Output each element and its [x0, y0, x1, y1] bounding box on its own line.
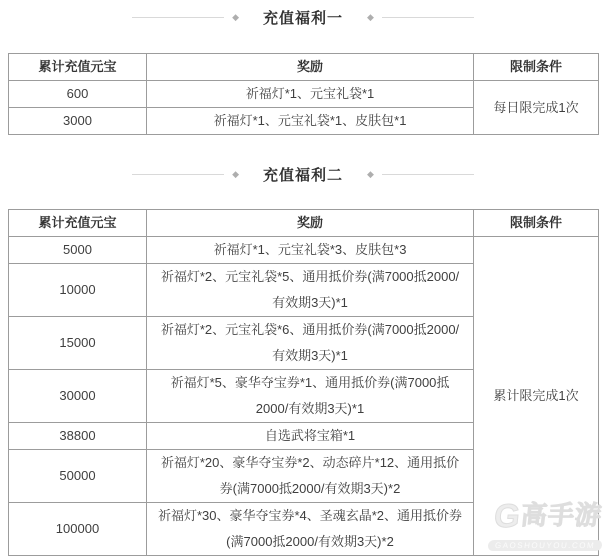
amount-cell: 10000 [9, 264, 147, 317]
amount-cell: 100000 [9, 503, 147, 556]
title-divider-line [132, 17, 224, 18]
column-header-amount: 累计充值元宝 [9, 54, 147, 81]
amount-cell: 50000 [9, 450, 147, 503]
section-title-text: 充值福利二 [263, 164, 343, 185]
diamond-icon: ◆ [232, 13, 239, 22]
amount-cell: 30000 [9, 370, 147, 423]
amount-cell: 3000 [9, 108, 147, 135]
column-header-reward: 奖励 [147, 54, 474, 81]
reward-cell: 祈福灯*30、豪华夺宝券*4、圣魂玄晶*2、通用抵价券(满7000抵2000/有… [147, 503, 474, 556]
reward-cell: 祈福灯*5、豪华夺宝券*1、通用抵价券(满7000抵2000/有效期3天)*1 [147, 370, 474, 423]
column-header-limit: 限制条件 [474, 54, 599, 81]
amount-cell: 38800 [9, 423, 147, 450]
amount-cell: 600 [9, 81, 147, 108]
diamond-icon: ◆ [367, 13, 374, 22]
section-title-text: 充值福利一 [263, 7, 343, 28]
benefits-table-2: 累计充值元宝 奖励 限制条件 5000 祈福灯*1、元宝礼袋*3、皮肤包*3 累… [8, 209, 599, 556]
title-divider-line [382, 17, 474, 18]
table-row: 5000 祈福灯*1、元宝礼袋*3、皮肤包*3 累计限完成1次 [9, 237, 599, 264]
reward-cell: 祈福灯*1、元宝礼袋*1、皮肤包*1 [147, 108, 474, 135]
diamond-icon: ◆ [232, 170, 239, 179]
title-divider-line [382, 174, 474, 175]
amount-cell: 15000 [9, 317, 147, 370]
table-header-row: 累计充值元宝 奖励 限制条件 [9, 54, 599, 81]
limit-cell: 累计限完成1次 [474, 237, 599, 556]
page: ◆ 充值福利一 ◆ 累计充值元宝 奖励 限制条件 600 祈福灯*1、元宝礼袋*… [0, 7, 606, 556]
reward-cell: 祈福灯*20、豪华夺宝券*2、动态碎片*12、通用抵价券(满7000抵2000/… [147, 450, 474, 503]
reward-cell: 祈福灯*2、元宝礼袋*6、通用抵价券(满7000抵2000/有效期3天)*1 [147, 317, 474, 370]
section-title-1: ◆ 充值福利一 ◆ [8, 7, 598, 27]
reward-cell: 祈福灯*1、元宝礼袋*1 [147, 81, 474, 108]
table-header-row: 累计充值元宝 奖励 限制条件 [9, 210, 599, 237]
column-header-reward: 奖励 [147, 210, 474, 237]
section-benefit-1: ◆ 充值福利一 ◆ 累计充值元宝 奖励 限制条件 600 祈福灯*1、元宝礼袋*… [8, 7, 598, 135]
amount-cell: 5000 [9, 237, 147, 264]
section-title-2: ◆ 充值福利二 ◆ [8, 164, 598, 184]
diamond-icon: ◆ [367, 170, 374, 179]
title-divider-line [132, 174, 224, 175]
limit-cell: 每日限完成1次 [474, 81, 599, 135]
benefits-table-1: 累计充值元宝 奖励 限制条件 600 祈福灯*1、元宝礼袋*1 每日限完成1次 … [8, 53, 599, 135]
column-header-limit: 限制条件 [474, 210, 599, 237]
section-benefit-2: ◆ 充值福利二 ◆ 累计充值元宝 奖励 限制条件 5000 祈福灯*1、元宝礼袋… [8, 164, 598, 556]
reward-cell: 自选武将宝箱*1 [147, 423, 474, 450]
table-row: 600 祈福灯*1、元宝礼袋*1 每日限完成1次 [9, 81, 599, 108]
column-header-amount: 累计充值元宝 [9, 210, 147, 237]
reward-cell: 祈福灯*2、元宝礼袋*5、通用抵价券(满7000抵2000/有效期3天)*1 [147, 264, 474, 317]
reward-cell: 祈福灯*1、元宝礼袋*3、皮肤包*3 [147, 237, 474, 264]
